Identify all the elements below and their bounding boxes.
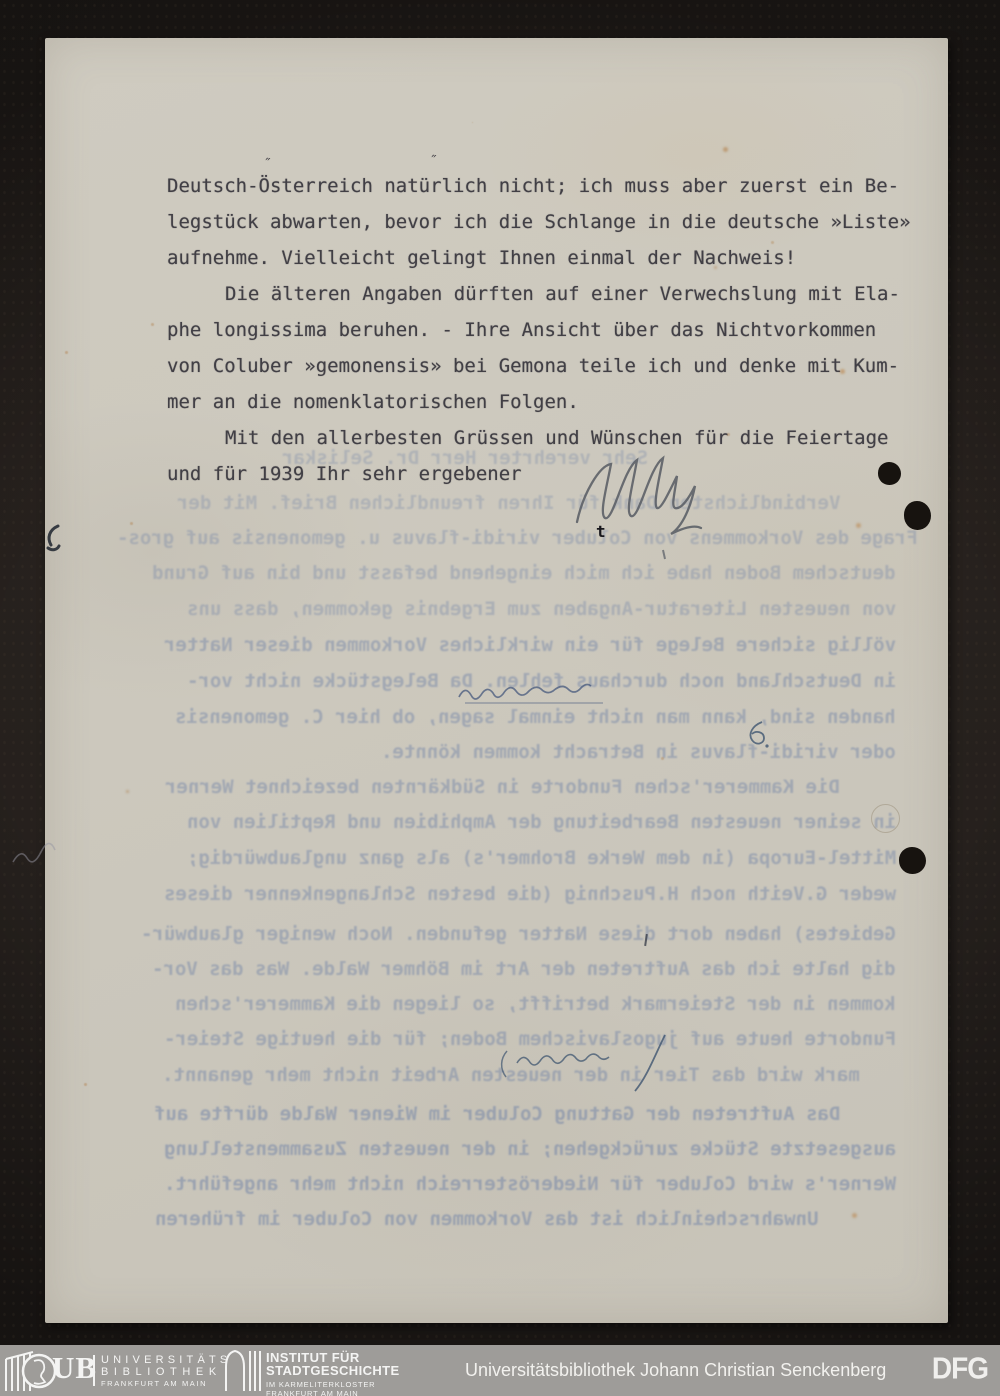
diacritic-mark: ″ [428,152,439,169]
ub-line3: FRANKFURT AM MAIN [101,1378,231,1390]
bleedthrough-line: Mittel-Europa (in dem Werke Brohmer's) a… [187,847,896,869]
margin-ink-mark [44,523,62,553]
typed-line: legstück abwarten, bevor ich die Schlang… [167,211,911,233]
bleedthrough-line: deutschem Boden habe ich mich eingehend … [152,562,896,584]
typed-line: Deutsch-Österreich natürlich nicht; ich … [167,175,899,197]
bleedthrough-line: völlig sichere Belege für ein wirkliches… [164,634,896,656]
bleedthrough-line: in seiner neuesten Bearbeitung der Amphi… [187,811,896,833]
bleedthrough-line: Werner's wird Coluber für Niederösterrei… [164,1173,896,1195]
signature [565,440,735,565]
library-credit: Universitätsbibliothek Johann Christian … [465,1360,886,1381]
institut-line4: FRANKFURT AM MAIN [266,1389,400,1396]
punch-hole [878,462,901,485]
karmeliter-arch-icon [222,1349,264,1393]
punch-hole [899,847,926,874]
bleedthrough-line: oder viridi-flavus in Betracht kommen kö… [381,741,896,763]
bleedthrough-line: Unwahrscheinlich ist das Vorkommen von C… [155,1208,818,1230]
bleedthrough-line: weder G.Veith noch H.Puschnig (die beste… [164,883,896,905]
punch-hole [904,501,931,530]
foxing-spots [45,38,50,43]
letter-paper: Sehr verehrter Herr Dr. Seliskar Verbind… [45,38,948,1323]
diacritic-mark: ″ [262,155,273,172]
pencil-scribble [10,838,58,870]
bleedthrough-line: von neuesten Literatur-Angaben zum Ergeb… [187,598,896,620]
institut-logo-text: INSTITUT FÜR STADTGESCHICHTE IM KARMELIT… [266,1351,400,1396]
bleedthrough-line: Das Auftreten der Gattung Coluber im Wie… [154,1103,840,1125]
ub-line1: UNIVERSITÄTS [101,1354,231,1366]
ub-divider [93,1355,95,1386]
bleedthrough-line: Frage des Vorkommens von Coluber viridi-… [117,527,918,549]
punch-ghost-ring [871,804,900,833]
ub-line2: BIBLIOTHEK [101,1366,231,1378]
bleedthrough-line: dig halte ich das Auftreten der Art im B… [152,958,896,980]
dfg-logo: DFG [932,1352,988,1387]
bleedthrough-line: Die Kammerer'schen Fundorte in Südkärnte… [165,776,840,798]
ub-abbrev: UB [52,1350,97,1386]
typed-line: Mit den allerbesten Grüssen und Wünschen… [225,427,888,449]
typed-line: Die älteren Angaben dürften auf einer Ve… [225,283,900,305]
bleedthrough-line: handen sind, kann man nicht einmal sagen… [175,706,896,728]
typed-line: aufnehme. Vielleicht gelingt Ihnen einma… [167,247,796,269]
footer-bar: UB UNIVERSITÄTS BIBLIOTHEK FRANKFURT AM … [0,1345,1000,1396]
bleedthrough-line: Gebietes) haben dort diese Natter gefund… [141,923,896,945]
institut-line3: IM KARMELITERKLOSTER [266,1380,400,1389]
institut-line2: STADTGESCHICHTE [266,1364,400,1377]
ink-tick: t [596,522,606,541]
typed-line: phe longissima beruhen. - Ihre Ansicht ü… [167,319,876,341]
scanned-letter-page: Sehr verehrter Herr Dr. Seliskar Verbind… [0,0,1000,1396]
typed-line: und für 1939 Ihr sehr ergebener [167,463,522,485]
typed-line: von Coluber »gemonensis» bei Gemona teil… [167,355,899,377]
typed-line: mer an die nomenklatorischen Folgen. [167,391,579,413]
bleedthrough-line: kommen in der Steiermark betrifft, so li… [175,993,896,1015]
handwritten-annotation-icon [453,679,618,707]
handwritten-annotation-icon [495,1031,680,1096]
bleedthrough-line: ausgesetzte Stücke zurückgehen; in der n… [164,1138,896,1160]
ub-logo-text: UNIVERSITÄTS BIBLIOTHEK FRANKFURT AM MAI… [101,1354,231,1390]
handwritten-annotation-icon [743,718,771,752]
bleedthrough-line: Verbindlichsten Dank für Ihren freundlic… [177,492,840,514]
